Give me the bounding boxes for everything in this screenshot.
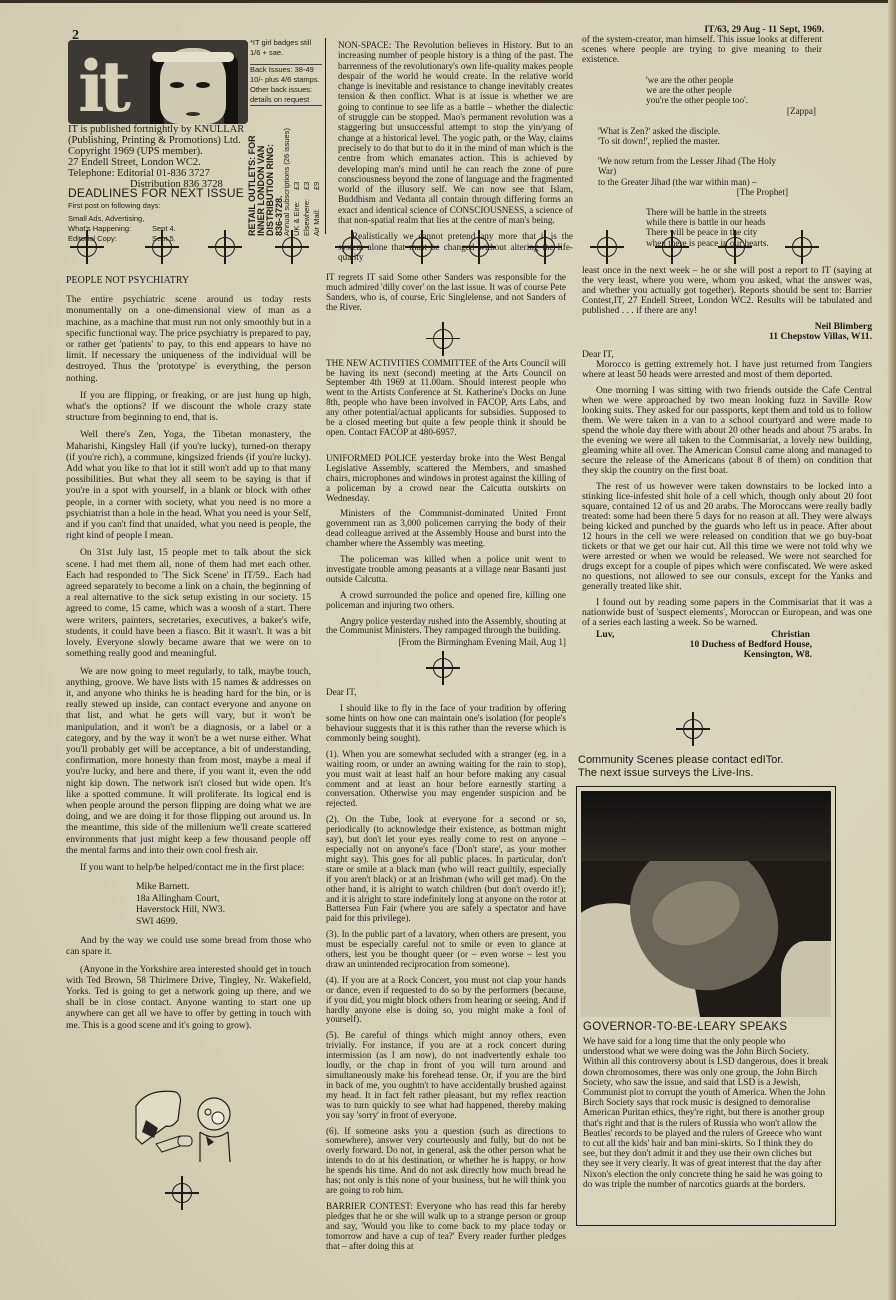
letter-paragraph: I should like to fly in the face of your… [326, 704, 566, 744]
address-line: Mike Barnett. [136, 881, 311, 893]
retail-outlets-text: RETAIL OUTLETS: FOR INNER LONDON VAN DIS… [248, 126, 284, 236]
crosshair-icon [718, 230, 752, 264]
photo-shape [781, 941, 831, 1017]
crosshair-icon [590, 230, 624, 264]
publisher-line: IT is published fortnightly by KNULLAR [68, 124, 248, 135]
leary-text: We have said for a long time that the on… [583, 1037, 829, 1190]
article-paragraph: We are now going to meet regularly, to t… [66, 666, 311, 856]
crosshair-icon [165, 1176, 199, 1210]
crosshair-icon [676, 712, 710, 746]
crosshair-part [606, 230, 608, 264]
quote-line: you're the other people too'. [646, 95, 816, 105]
article-paragraph: On 31st July last, 15 people met to talk… [66, 547, 311, 659]
crosshair-part [442, 322, 444, 356]
crosshair-divider-row [0, 226, 896, 270]
crosshair-part [478, 230, 480, 264]
letter-paragraph: I found out by reading some papers in th… [582, 598, 872, 628]
article-paragraph: If you are flipping, or freaking, or are… [66, 390, 311, 424]
quote-zen: 'What is Zen?' asked the disciple. 'To s… [598, 126, 882, 146]
crosshair-icon [326, 319, 566, 359]
quote-source: [The Prophet] [598, 187, 788, 197]
next-issue-line: The next issue surveys the Live-Ins. [578, 767, 868, 780]
signature-address: 11 Chepstow Villas, W11. [582, 332, 872, 342]
closing: Luv, [596, 630, 614, 640]
deadlines-subtitle: First post on following days: [68, 201, 248, 211]
crosshair-icon [208, 230, 242, 264]
crosshair-icon [275, 230, 309, 264]
crosshair-icon [426, 322, 460, 356]
leary-title: GOVERNOR-TO-BE-LEARY SPEAKS [583, 1021, 787, 1033]
quote-line: 'To sit down!', replied the master. [598, 136, 882, 146]
crosshair-icon [335, 230, 369, 264]
crosshair-icon [426, 651, 460, 685]
publisher-line: Copyright 1969 (UPS member). [68, 146, 248, 157]
crosshair-icon [785, 230, 819, 264]
letter-paragraph: One morning I was sitting with two frien… [582, 386, 872, 476]
address-line: 18a Allingham Court, [136, 893, 311, 905]
crosshair-part [161, 230, 163, 264]
mouth [186, 112, 200, 116]
quote-source: [Zappa] [646, 106, 816, 116]
address-line: SWI 4699. [136, 916, 311, 928]
column-divider [325, 38, 326, 234]
crosshair-icon [676, 712, 710, 746]
signature-address: Kensington, W8. [582, 650, 812, 660]
sub-price: £3 [292, 182, 302, 190]
subscriptions-title: Annual subscriptions (26 issues) [282, 126, 292, 236]
letter-paragraph: (1). When you are somewhat secluded with… [326, 750, 566, 809]
quote-line: to the Greater Jihad (the war within man… [598, 177, 788, 187]
crosshair-icon [326, 648, 566, 688]
police-paragraph: Ministers of the Communist-dominated Uni… [326, 509, 566, 549]
letter-paragraph: (6). If someone asks you a question (suc… [326, 1127, 566, 1196]
crosshair-part [442, 651, 444, 685]
page-top-edge [0, 0, 896, 3]
article-paragraph: The entire psychiatric scene around us t… [66, 294, 311, 384]
address-line: Haverstock Hill, NW3. [136, 904, 311, 916]
people-not-psychiatry-article: PEOPLE NOT PSYCHIATRY The entire psychia… [66, 275, 311, 1037]
crosshair-part [801, 230, 803, 264]
subscription-row: Air Mail:£9 [312, 126, 322, 236]
quote-line: 'We now return from the Lesser Jihad (Th… [598, 156, 788, 176]
article-paragraph: And by the way we could use some bread f… [66, 935, 311, 957]
crosshair-part [544, 230, 546, 264]
photo-shape [581, 791, 831, 861]
sub-price: £3 [302, 182, 312, 190]
crosshair-icon [165, 1176, 199, 1210]
crosshair-part [421, 230, 423, 264]
deadlines-title: DEADLINES FOR NEXT ISSUE [68, 186, 244, 200]
crosshair-part [734, 230, 736, 264]
headband [152, 52, 234, 62]
issue-date-line: IT/63, 29 Aug - 11 Sept, 1969. [582, 24, 824, 35]
letter-paragraph: (3). In the public part of a lavatory, w… [326, 930, 566, 970]
publisher-info: IT is published fortnightly by KNULLAR (… [68, 124, 248, 190]
quote-line: There will be battle in the streets [646, 207, 882, 217]
crosshair-icon [145, 230, 179, 264]
crosshair-part [692, 712, 694, 746]
eye-left [170, 82, 184, 88]
deadline-label: Small Ads, Advertising, [68, 214, 152, 224]
community-line: Community Scenes please contact edITor. [578, 754, 868, 767]
barrier-contest-continued: least once in the next week – he or she … [582, 266, 872, 316]
letter-greeting: Dear IT, [326, 688, 566, 698]
letter-paragraph: (4). If you are at a Rock Concert, you m… [326, 976, 566, 1026]
regrets-notice: IT regrets IT said Some other Sanders wa… [326, 273, 566, 313]
quote-line: 'What is Zen?' asked the disciple. [598, 126, 882, 136]
police-paragraph: The policeman was killed when a police u… [326, 555, 566, 585]
subscriptions: Annual subscriptions (26 issues) UK & Ei… [282, 126, 322, 236]
quote-zappa: 'we are the other people we are the othe… [646, 75, 816, 116]
article-title: PEOPLE NOT PSYCHIATRY [66, 275, 311, 286]
crosshair-part [291, 230, 293, 264]
eye-right [196, 82, 210, 88]
crosshair-icon [405, 230, 439, 264]
badge-note: *IT girl badges still 1/6 + sae. Back Is… [250, 38, 322, 106]
publisher-line: 27 Endell Street, London WC2. [68, 157, 248, 168]
letter-paragraph: Morocco is getting extremely hot. I have… [582, 360, 872, 380]
police-paragraph: A crowd surrounded the police and opened… [326, 591, 566, 611]
middle-column: IT regrets IT said Some other Sanders wa… [326, 273, 566, 1257]
leary-portrait-photo [581, 791, 831, 1017]
editorial-continuation: of the system-creator, man himself. This… [582, 35, 822, 65]
publisher-line: Telephone: Editorial 01-836 3727 [68, 168, 248, 179]
leary-feature-box: GOVERNOR-TO-BE-LEARY SPEAKS We have said… [576, 786, 836, 1226]
contact-address: Mike Barnett. 18a Allingham Court, Haver… [136, 881, 311, 927]
crosshair-icon [655, 230, 689, 264]
letter-paragraph: (2). On the Tube, look at everyone for a… [326, 815, 566, 924]
it-masthead-logo: it [68, 40, 248, 124]
editorial-paragraph: NON-SPACE: The Revolution believes in Hi… [338, 40, 573, 225]
retail-outlets: RETAIL OUTLETS: FOR INNER LONDON VAN DIS… [248, 126, 284, 236]
crosshair-icon [462, 230, 496, 264]
police-paragraph: UNIFORMED POLICE yesterday broke into th… [326, 454, 566, 504]
letter-paragraph: The rest of us however were taken downst… [582, 482, 872, 592]
publisher-line: (Publishing, Printing & Promotions) Ltd. [68, 135, 248, 146]
page-fold-shadow [888, 0, 896, 1300]
crosshair-part [181, 1176, 183, 1210]
quote-prophet: 'We now return from the Lesser Jihad (Th… [598, 156, 788, 197]
quote-line: we are the other people [646, 85, 816, 95]
article-paragraph: (Anyone in the Yorkshire area interested… [66, 964, 311, 1031]
crosshair-icon [528, 230, 562, 264]
back-issues-text: Back Issues: 38-49 10/- plus 4/6 stamps.… [250, 64, 322, 106]
deadline-row: Small Ads, Advertising, [68, 214, 248, 224]
letter-paragraph: BARRIER CONTEST: Everyone who has read t… [326, 1202, 566, 1252]
quote-line: 'we are the other people [646, 75, 816, 85]
activities-notice: THE NEW ACTIVITIES COMMITTEE of the Arts… [326, 359, 566, 438]
cartoon-figures-illustration [128, 1086, 238, 1166]
subscription-row: UK & Eire:£3 [292, 126, 302, 236]
crosshair-part [671, 230, 673, 264]
crosshair-icon [70, 230, 104, 264]
sub-price: £9 [312, 182, 322, 190]
hair-right [224, 54, 238, 124]
crosshair-part [351, 230, 353, 264]
article-paragraph: Well there's Zen, Yoga, the Tibetan mona… [66, 429, 311, 541]
police-paragraph: Angry police yesterday rushed into the A… [326, 617, 566, 637]
badge-text: *IT girl badges still 1/6 + sae. [250, 38, 322, 58]
police-source: [From the Birmingham Evening Mail, Aug 1… [326, 638, 566, 648]
letter-paragraph: (5). Be careful of things which might an… [326, 1031, 566, 1120]
right-column: least once in the next week – he or she … [582, 266, 872, 660]
crosshair-part [86, 230, 88, 264]
community-notice: Community Scenes please contact edITor. … [578, 754, 868, 779]
subscription-row: Elsewhere:£3 [302, 126, 312, 236]
crosshair-part [224, 230, 226, 264]
article-paragraph: If you want to help/be helped/contact me… [66, 862, 311, 873]
it-logo-text: it [78, 52, 125, 122]
issue-header-quotes: IT/63, 29 Aug - 11 Sept, 1969. of the sy… [582, 24, 882, 248]
